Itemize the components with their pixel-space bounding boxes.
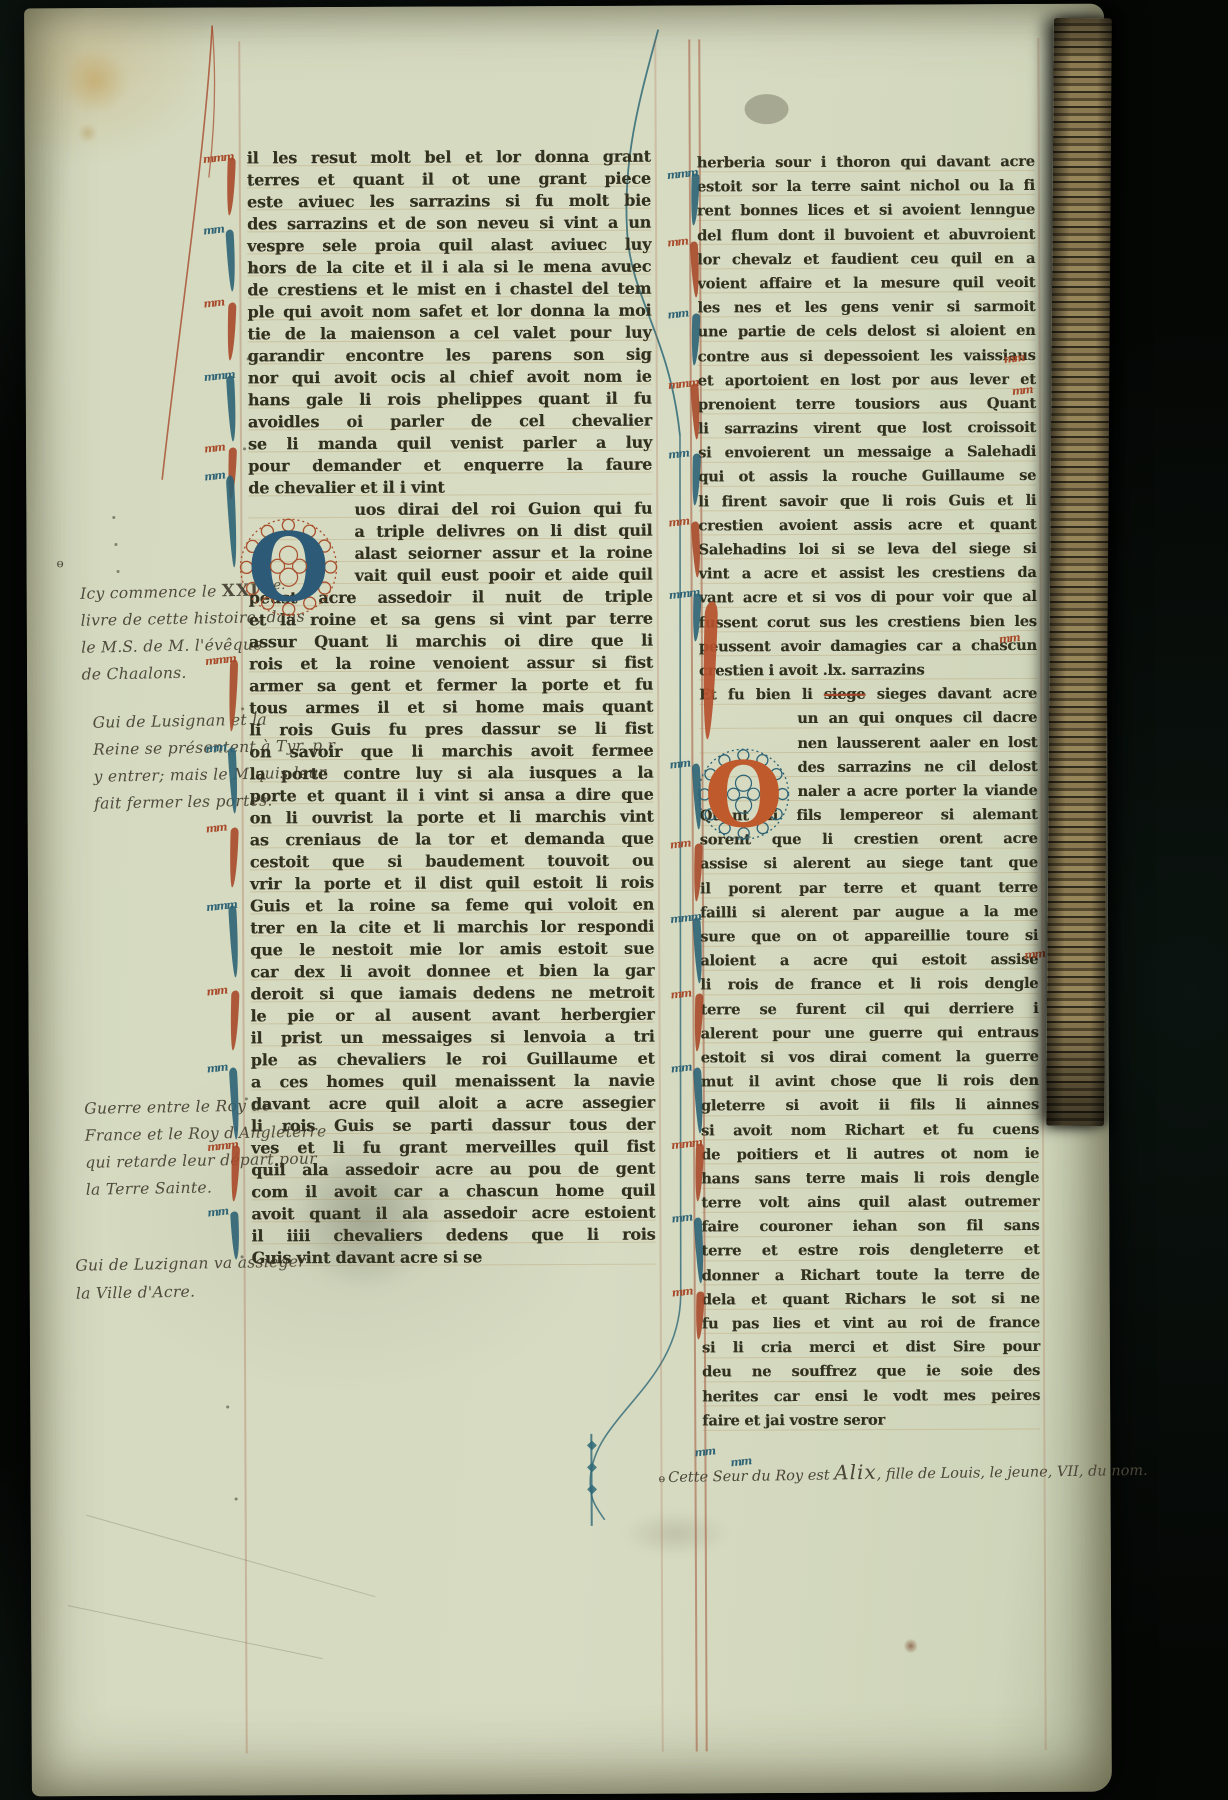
parchment-stain bbox=[62, 48, 128, 114]
text-line: la porte contre luy si ala iusques a la bbox=[249, 762, 653, 786]
text-line: sure que on ot appareillie toure si bbox=[700, 924, 1038, 950]
pen-flourish-ribbon bbox=[227, 447, 237, 499]
text-line: nen lausserent aaler en lost bbox=[699, 730, 1037, 756]
pen-squiggle-icon: mmm bbox=[203, 368, 235, 384]
bottom-margin-note: ɵCette Seur du Roy est Alix, fille de Lo… bbox=[658, 1456, 1136, 1487]
pen-squiggle-icon: mm bbox=[206, 983, 228, 998]
text-line: cestoit que si baudement touvoit ou bbox=[250, 850, 654, 874]
text-line: il porent par terre et quant terre bbox=[700, 876, 1038, 902]
text-line: vrir la porte et il dist quil estoit li … bbox=[250, 872, 654, 896]
text-line: li rois Guis se parti dassur tous der bbox=[251, 1114, 655, 1138]
pricking-dot bbox=[112, 516, 115, 519]
pen-flourish-layer: mmmmmmmmmmmmmmmmmmmmmmmmmmmmmmmmmmmmmmmm… bbox=[24, 4, 1104, 9]
text-line: deroit si que iamais dedens ne metroit bbox=[250, 982, 654, 1006]
text-line: car dex li avoit donnee et bien la gar bbox=[250, 960, 654, 984]
pricking-dot bbox=[245, 1097, 248, 1100]
text-line: li rois de france et li rois dengle bbox=[700, 972, 1038, 998]
text-line: voient affaire et la mesure quil veoit bbox=[697, 271, 1035, 297]
ruling-vertical-gutter bbox=[688, 39, 697, 1751]
pen-squiggle-icon: mm bbox=[667, 446, 689, 461]
text-line: as creniaus de la tor et demanda que bbox=[250, 828, 654, 852]
pen-squiggle-icon: mmm bbox=[670, 1136, 702, 1152]
text-line: li firent savoir que li rois Guis et li bbox=[698, 489, 1036, 515]
text-line: Quant li fils lempereor si alemant bbox=[700, 803, 1038, 829]
pen-squiggle-icon: mmm bbox=[202, 150, 234, 166]
text-line: avoidles oi parler de cel chevalier bbox=[248, 410, 652, 434]
pen-flourish-ribbon bbox=[229, 827, 239, 887]
text-line: estoit sor la terre saint nichol ou la f… bbox=[697, 174, 1035, 200]
text-line: il iiii chevaliers dedens que li rois bbox=[251, 1224, 655, 1248]
text-line: terre se furent cil qui derriere i bbox=[700, 997, 1038, 1023]
pen-squiggle-icon: mm bbox=[694, 1444, 716, 1459]
pen-squiggle-icon: mm bbox=[207, 1204, 229, 1219]
text-line: faire et jai vostre seror bbox=[702, 1408, 1040, 1434]
pen-flourish-ribbon bbox=[225, 229, 237, 291]
text-line: hans gale li rois phelippes quant il fu bbox=[248, 388, 652, 412]
pricking-dot bbox=[243, 447, 246, 450]
text-line: mut il avint chose que li rois den bbox=[701, 1069, 1039, 1095]
text-fragment: sieges davant acre bbox=[865, 685, 1037, 703]
text-line: un an qui onques cil dacre bbox=[699, 706, 1037, 732]
text-line: vespre sele proia quil alast aviuec luy bbox=[247, 234, 651, 258]
diamond-flourish-icon bbox=[587, 1462, 597, 1472]
pen-flourish-ribbon bbox=[228, 905, 240, 977]
text-line: nor qui avoit ocis al chief avoit nom ie bbox=[248, 366, 652, 390]
text-column-left: il les resut molt bel et lor donna grant… bbox=[247, 146, 656, 1270]
text-line: crestien avoient assis acre et quant bbox=[698, 513, 1036, 539]
pen-squiggle-icon: mmm bbox=[667, 376, 699, 392]
pricking-dot bbox=[247, 357, 250, 360]
parchment-spot bbox=[904, 1638, 917, 1653]
pen-flourish-ribbon bbox=[226, 375, 238, 441]
text-line: avoit quant il ala assedoir acre estoien… bbox=[251, 1202, 655, 1226]
text-line: dela et quant Richars le sot si ne bbox=[702, 1287, 1040, 1313]
pen-squiggle-icon: mm bbox=[203, 440, 225, 455]
text-line: si li cria merci et dist Sire pour bbox=[702, 1335, 1040, 1361]
text-line: peussent avoir damagies car a chascun bbox=[699, 634, 1037, 660]
text-line: on li ouvrist la porte et li marchis vin… bbox=[250, 806, 654, 830]
parchment-smudge bbox=[621, 1510, 731, 1556]
text-line: a ces homes quil menaissent la navie bbox=[251, 1070, 655, 1094]
pricking-dot bbox=[241, 707, 244, 710]
pen-squiggle-icon: mm bbox=[667, 306, 689, 321]
photograph-background: ɵ Icy commence le XXIVe. livre de cette … bbox=[0, 0, 1228, 1800]
pen-squiggle-icon: mm bbox=[668, 514, 690, 529]
text-line: contre aus si depessoient les vaissiaus bbox=[698, 343, 1036, 369]
pen-squiggle-icon: mm bbox=[202, 222, 224, 237]
text-line: uos dirai del roi Guion qui fu bbox=[248, 498, 652, 522]
book-page-edges bbox=[1046, 18, 1112, 1126]
text-line: fu pas lies et vint au roi de france bbox=[702, 1311, 1040, 1337]
text-line: les nes et les gens venir si sarmoit bbox=[697, 295, 1035, 321]
pen-squiggle-icon: mm bbox=[205, 820, 227, 835]
pen-flourish-ribbon bbox=[227, 302, 237, 360]
pen-squiggle-icon: mm bbox=[669, 836, 691, 851]
text-line: terres et quant il ot une grant piece bbox=[247, 168, 651, 192]
bottom-note-text: Cette Seur du Roy est bbox=[668, 1468, 834, 1486]
pen-squiggle-icon: mm bbox=[203, 295, 225, 310]
red-margin-line-branch bbox=[208, 26, 215, 178]
text-line: de chevalier et il i vint bbox=[248, 476, 652, 500]
text-line: que le nestoit mie lor amis estoit sue bbox=[250, 938, 654, 962]
diamond-flourish-icon bbox=[587, 1484, 597, 1494]
pen-squiggle-icon: mm bbox=[670, 986, 692, 1001]
text-line: peust acre assedoir il nuit de triple bbox=[249, 586, 653, 610]
text-line: porte et quant il i vint si ansa a dire … bbox=[249, 784, 653, 808]
text-line: et la roine et sa gens si vint par terre bbox=[249, 608, 653, 632]
bottom-note-name: Alix bbox=[834, 1460, 877, 1485]
text-line: lor chevalz et faudient ceu quil en a bbox=[697, 247, 1035, 273]
text-line: vint a acre et assist les crestiens da bbox=[699, 561, 1037, 587]
text-line: des sarrazins et de son neveu si vint a … bbox=[247, 212, 651, 236]
struck-word: siege bbox=[824, 686, 866, 703]
text-line: rent bonnes lices et si avoient lenngue bbox=[697, 198, 1035, 224]
text-line: herites car ensi le vodt mes peires bbox=[702, 1384, 1040, 1410]
text-line: donner a Richart toute la terre de bbox=[702, 1263, 1040, 1289]
pen-squiggle-icon: mm bbox=[671, 1210, 693, 1225]
text-line: garandir encontre les parens son sig bbox=[248, 344, 652, 368]
text-line: davant acre quil aloit a acre assegier bbox=[251, 1092, 655, 1116]
pen-flourish-ribbon bbox=[226, 475, 239, 567]
text-line: terre volt ains quil alast outremer bbox=[701, 1190, 1039, 1216]
text-line: aloient a acre qui estoit assise bbox=[700, 948, 1038, 974]
text-line: tous armes il et si home mais quant bbox=[249, 696, 653, 720]
text-line: hans sans terre mais li rois dengle bbox=[701, 1166, 1039, 1192]
bottom-note-text: , fille de Louis, le jeune, VII, du nom. bbox=[877, 1463, 1148, 1483]
pen-flourish-ribbon bbox=[226, 157, 236, 215]
pricking-dot bbox=[117, 570, 120, 573]
ruling-vertical bbox=[1037, 38, 1046, 1750]
pricking-dot bbox=[249, 183, 252, 186]
text-line: este aviuec les sarrazins si fu molt bie bbox=[247, 190, 651, 214]
text-line: estoit si vos dirai coment la guerre bbox=[701, 1045, 1039, 1071]
pen-squiggle-icon: mm bbox=[203, 468, 225, 483]
text-line: crestien i avoit .lx. sarrazins bbox=[699, 658, 1037, 684]
text-line: Guis vint davant acre si se bbox=[252, 1246, 656, 1270]
text-line: tie de la maienson a cel valet pour luy bbox=[247, 322, 651, 346]
text-line: li rois Guis fu pres dassur se li fist bbox=[249, 718, 653, 742]
text-line: quil ala assedoir acre au pou de gent bbox=[251, 1158, 655, 1182]
text-column-right: herberia sour i thoron qui davant acrees… bbox=[697, 150, 1041, 1433]
text-line: une partie de cels delost si aloient en bbox=[697, 319, 1035, 345]
text-line: deu ne souffrez que ie soie des bbox=[702, 1359, 1040, 1385]
ruling-vertical bbox=[238, 41, 247, 1753]
text-line: de crestiens et le mist en i chastel del… bbox=[247, 278, 651, 302]
pricking-dot bbox=[252, 269, 255, 272]
text-line: qui ot assis la rouche Guillaume se bbox=[698, 464, 1036, 490]
text-line: assise si alerent au siege tant que bbox=[700, 851, 1038, 877]
ink-smudge bbox=[744, 94, 788, 124]
text-line: si avoit nom Richart et fu cuens bbox=[701, 1117, 1039, 1143]
pen-squiggle-icon: mm bbox=[671, 1284, 693, 1299]
text-line: on savoir que li marchis avoit fermee bbox=[249, 740, 653, 764]
text-line: le pie or al ausent avant herbergier bbox=[250, 1004, 654, 1028]
parchment-crease bbox=[86, 1515, 375, 1597]
ruling-vertical bbox=[654, 40, 663, 1752]
text-line: pour demander et enquerre la faure bbox=[248, 454, 652, 478]
text-line: se li manda quil venist parler a luy bbox=[248, 432, 652, 456]
text-line: terre et estre rois dengleterre et bbox=[701, 1238, 1039, 1264]
text-line: il prist un messaiges si lenvoia a tri bbox=[251, 1026, 655, 1050]
text-line: li sarrazins virent que lost croissoit bbox=[698, 416, 1036, 442]
pen-squiggle-icon: mmm bbox=[205, 898, 237, 914]
pen-squiggle-icon: mm bbox=[666, 234, 688, 249]
text-line: des sarrazins ne cil delost bbox=[699, 755, 1037, 781]
parchment-stain bbox=[77, 124, 99, 142]
pen-squiggle-icon: mm bbox=[206, 1060, 228, 1075]
text-line: herberia sour i thoron qui davant acre bbox=[697, 150, 1035, 176]
text-line: Salehadins loi si se leva del siege si bbox=[698, 537, 1036, 563]
text-line: armer sa gent et fermer la porte et fu bbox=[249, 674, 653, 698]
text-line: hors de la cite et il i ala si le mena a… bbox=[247, 256, 651, 280]
text-line: com il avoit car a chascun home quil bbox=[251, 1180, 655, 1204]
reference-mark-icon: ɵ bbox=[56, 556, 63, 570]
text-line: del flum dont il buvoient et abuvroient bbox=[697, 223, 1035, 249]
text-line: sorent que li crestien orent acre bbox=[700, 827, 1038, 853]
text-line: trer en la cite et li marchis lor respon… bbox=[250, 916, 654, 940]
text-line: si envoierent un messaige a Salehadi bbox=[698, 440, 1036, 466]
pen-squiggle-icon: mmm bbox=[669, 910, 701, 926]
text-line: il les resut molt bel et lor donna grant bbox=[247, 146, 651, 170]
pen-squiggle-icon: mmm bbox=[668, 586, 700, 602]
text-line: de poitiers et li autres ot nom ie bbox=[701, 1142, 1039, 1168]
text-line: et aportoient en lost por aus lever et bbox=[698, 368, 1036, 394]
margin-note-line: la Ville d'Acre. bbox=[76, 1276, 307, 1308]
text-line: Et fu bien li siege sieges davant acre bbox=[699, 682, 1037, 708]
text-line: failli si alerent par augue a la me bbox=[700, 900, 1038, 926]
text-line: vant acre et si vos di pour voir que al bbox=[699, 585, 1037, 611]
text-line: naler a acre porter la viande bbox=[699, 779, 1037, 805]
pricking-dot bbox=[114, 543, 117, 546]
pen-flourish-ribbon bbox=[230, 990, 240, 1050]
pricking-dot bbox=[241, 1255, 244, 1258]
text-line: prenoient terre tousiors aus Quant bbox=[698, 392, 1036, 418]
pen-squiggle-icon: mmm bbox=[666, 166, 698, 182]
text-line: gleterre si avoit ii fils li ainnes bbox=[701, 1093, 1039, 1119]
text-fragment: Et fu bien li bbox=[699, 686, 824, 704]
text-line: fussent corut sus les crestiens bien les bbox=[699, 610, 1037, 636]
text-line: faire couroner iehan son fil sans bbox=[701, 1214, 1039, 1240]
text-line: ple qui avoit nom safet et lor donna la … bbox=[247, 300, 651, 324]
text-line: vait quil eust pooir et aide quil bbox=[249, 564, 653, 588]
text-line: assur Quant li marchis oi dire que li bbox=[249, 630, 653, 654]
text-line: rois et la roine venoient assur si fist bbox=[249, 652, 653, 676]
pricking-dot bbox=[235, 1497, 238, 1500]
text-line: ple as chevaliers le roi Guillaume et bbox=[251, 1048, 655, 1072]
text-line: Guis et la roine sa feme qui voloit en bbox=[250, 894, 654, 918]
text-line: ves et li fu grant merveilles quil fist bbox=[251, 1136, 655, 1160]
parchment-crease bbox=[68, 1605, 323, 1659]
pricking-dot bbox=[226, 1405, 229, 1408]
pen-squiggle-icon: mm bbox=[670, 1060, 692, 1075]
pen-squiggle-icon: mm bbox=[669, 756, 691, 771]
text-line: a triple delivres on li dist quil bbox=[248, 520, 652, 544]
text-line: alerent pour une guerre qui entraus bbox=[701, 1021, 1039, 1047]
manuscript-page: ɵ Icy commence le XXIVe. livre de cette … bbox=[24, 4, 1112, 1797]
diamond-flourish-icon bbox=[587, 1440, 597, 1450]
reference-mark-icon: ɵ bbox=[658, 1472, 665, 1485]
red-margin-line bbox=[160, 26, 214, 480]
text-line: alast seiorner assur et la roine bbox=[248, 542, 652, 566]
